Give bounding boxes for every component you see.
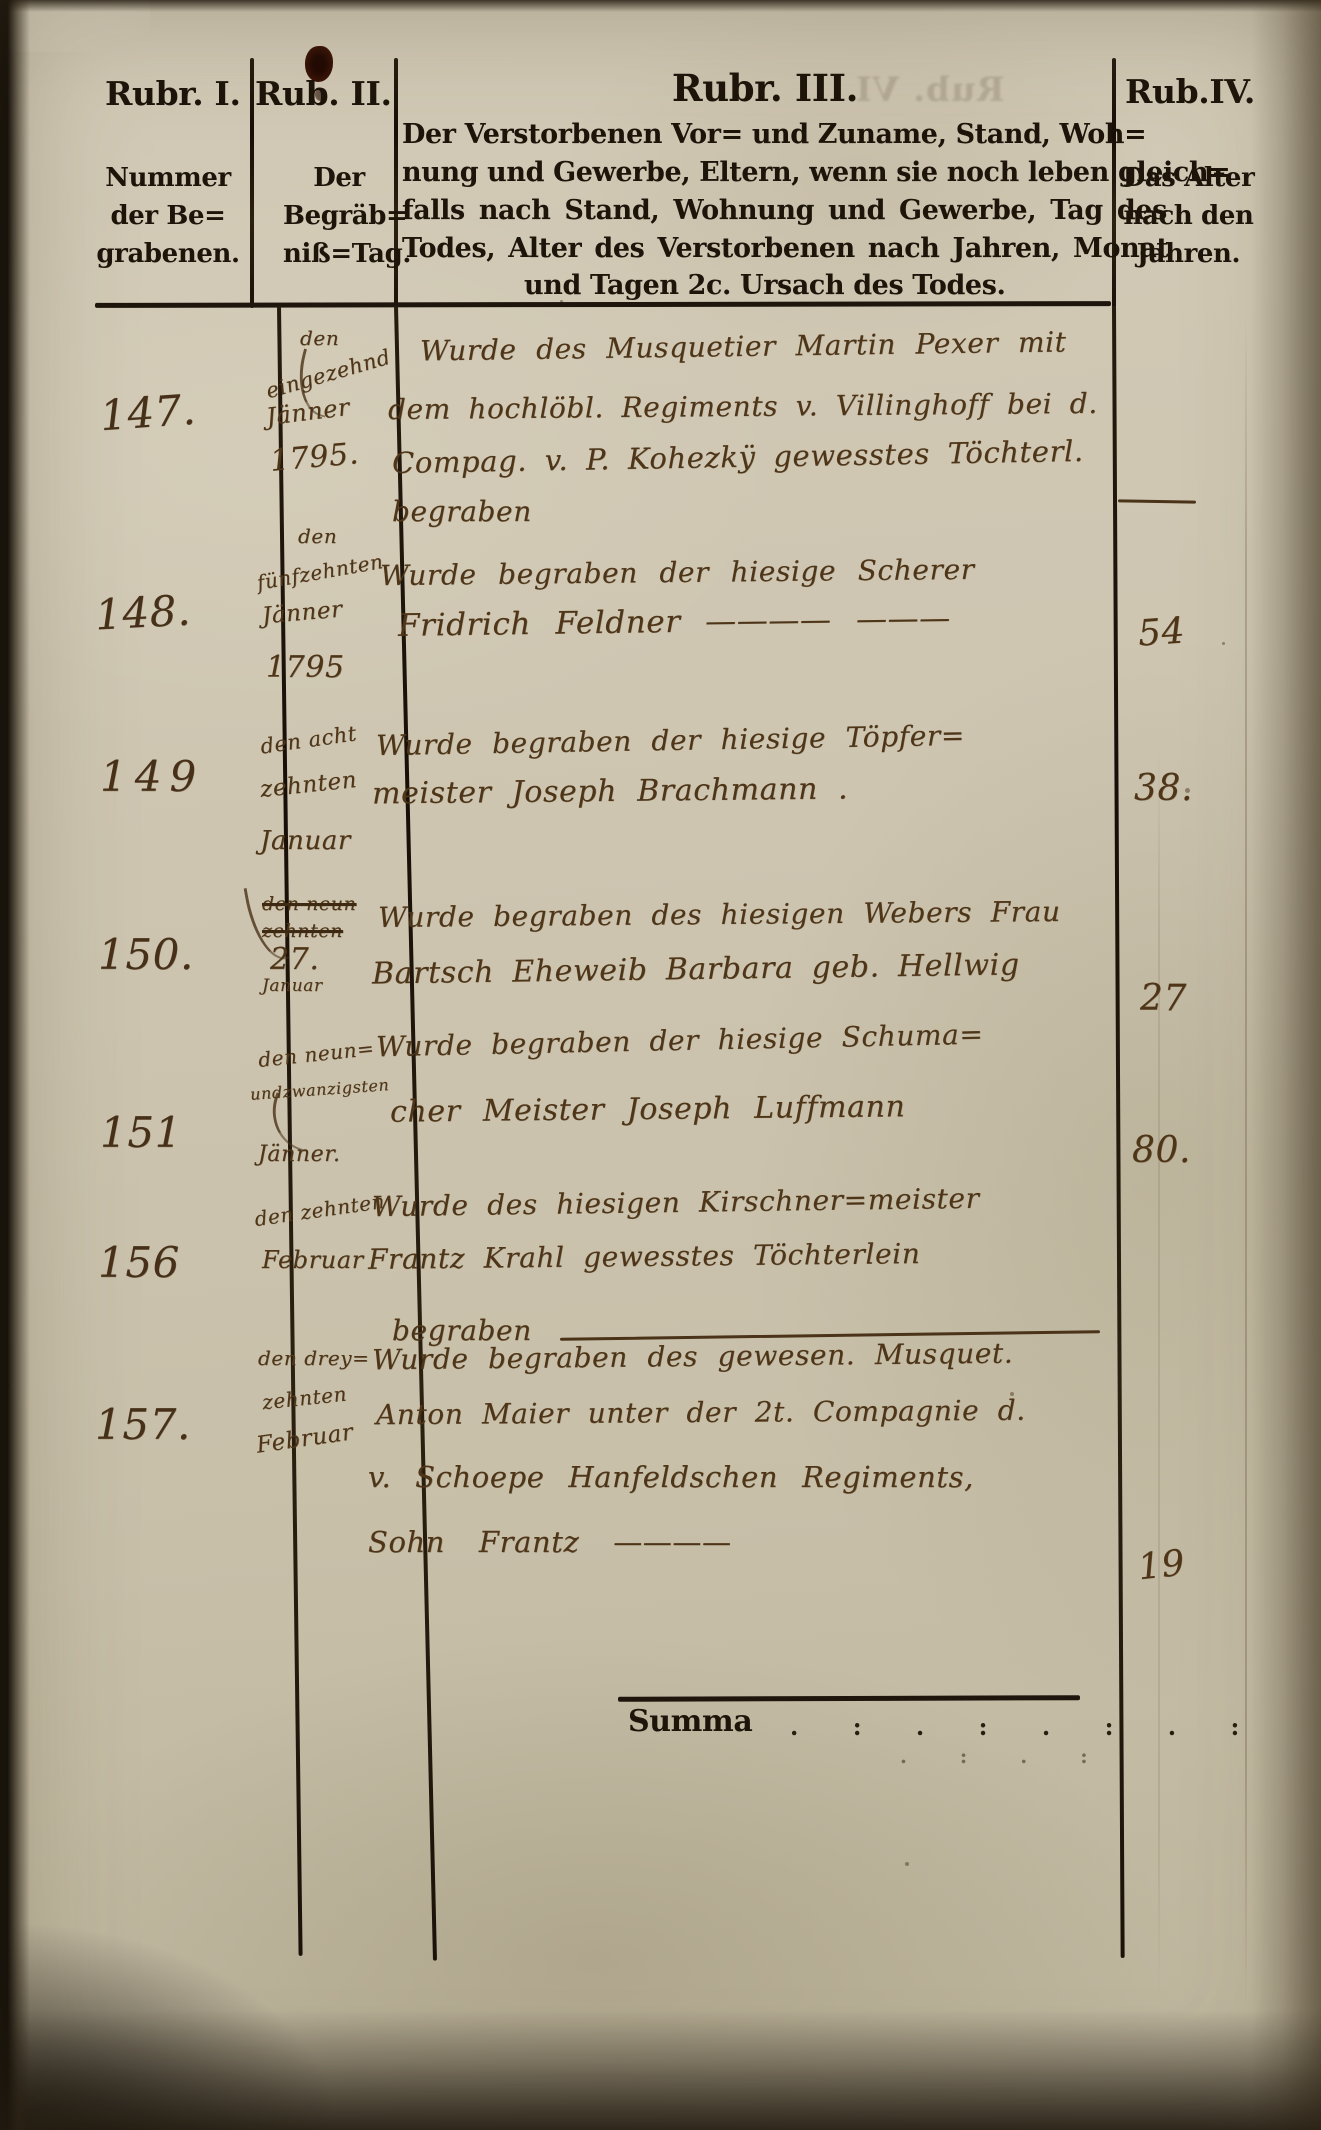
header-underline xyxy=(95,301,1111,308)
entry-age: 27 xyxy=(1140,978,1187,1019)
entry-date-line: Februar xyxy=(262,1246,364,1274)
entry-date-line: fünfzehnten xyxy=(255,549,385,595)
entry-date-line: 1795 xyxy=(266,650,345,685)
col3-desc-line1: Der Verstorbenen Vor= und Zuname, Stand,… xyxy=(402,119,1146,150)
entry-number: 157. xyxy=(95,1400,191,1449)
entry-number: 148. xyxy=(94,586,192,640)
entry-date-line: den neun= xyxy=(257,1036,375,1072)
entry-text-line: begraben xyxy=(392,495,532,528)
rubric-2: Rub. II. xyxy=(255,74,385,113)
entry-date-line: den acht xyxy=(259,721,359,758)
entry-date-line: Februar xyxy=(255,1419,355,1458)
header-divider-1 xyxy=(250,58,254,308)
paper-crease xyxy=(1245,320,1247,2010)
col4-label-line3: Jahren. xyxy=(1116,239,1261,269)
page-top-shadow xyxy=(0,0,1321,12)
col1-label-line2: der Be= xyxy=(88,201,248,231)
entry-text-line: Wurde begraben des gewesen. Musquet. xyxy=(372,1337,1014,1377)
entry-text-line: Wurde des Musquetier Martin Pexer mit xyxy=(420,325,1067,367)
entry-age: 80. xyxy=(1132,1130,1191,1171)
col1-label-line3: grabenen. xyxy=(88,239,248,269)
entry-text-line: Compag. v. P. Kohezkÿ gewesstes Töchterl… xyxy=(392,434,1084,480)
entry-text-line: cher Meister Joseph Luffmann xyxy=(390,1089,906,1129)
col2-label-line2: Begräb= xyxy=(283,201,395,231)
rubric-4: Rub.IV. xyxy=(1120,72,1260,111)
paper-crease xyxy=(1158,740,1160,2000)
book-gutter-shadow xyxy=(0,0,30,2130)
col3-desc-line2: nung und Gewerbe, Eltern, wenn sie noch … xyxy=(402,157,1230,188)
rubric-1: Rubr. I. xyxy=(105,74,240,113)
entry-text-line: meister Joseph Brachmann . xyxy=(372,772,849,812)
col1-label-line1: Nummer xyxy=(88,163,248,193)
entry-text-line: dem hochlöbl. Regiments v. Villinghoff b… xyxy=(388,387,1098,426)
column-rule-3 xyxy=(1112,306,1125,1958)
col2-label-line3: niß=Tag. xyxy=(283,239,395,269)
rubric-3: Rubr. III. xyxy=(650,66,880,110)
entry-number: 156 xyxy=(98,1238,180,1287)
entry-number: 147. xyxy=(98,385,197,441)
summa-label: Summa xyxy=(628,1704,752,1739)
age-dash xyxy=(1118,499,1196,503)
entry-date-line: Januar xyxy=(260,826,351,856)
entry-date-line: den zehnten xyxy=(253,1189,386,1231)
summa-rule xyxy=(618,1695,1080,1702)
entry-date-line: Januar xyxy=(262,976,323,996)
entry-text-line: Fridrich Feldner ———— ——— xyxy=(398,600,951,644)
entry-date-line: den drey= xyxy=(258,1346,370,1370)
summa-marks: . : . : . : . : xyxy=(790,1712,1251,1741)
entry-age: 54 xyxy=(1137,610,1187,654)
register-page: Rub. VI Rubr. I. Rub. II. Rubr. III. Rub… xyxy=(0,0,1321,2130)
summa-marks-faint: . : . : xyxy=(900,1744,1100,1768)
entry-text-line: Wurde begraben des hiesigen Webers Frau xyxy=(378,895,1061,934)
col3-desc-line4: Todes, Alter des Verstorbenen nach Jahre… xyxy=(402,233,1169,264)
col2-label-line1: Der xyxy=(283,163,395,193)
page-right-shadow xyxy=(1251,0,1321,2130)
entry-date-line: Jänner xyxy=(261,597,344,630)
entry-text-line: v. Schoepe Hanfeldschen Regiments, xyxy=(368,1460,974,1494)
entry-date-line: zehnten xyxy=(259,767,358,803)
entry-date-line: den xyxy=(298,524,337,548)
entry-text-line: Wurde begraben der hiesige Töpfer= xyxy=(376,719,965,762)
entry-text-line: Wurde begraben der hiesige Scherer xyxy=(380,553,975,592)
entry-date-line: den xyxy=(300,326,339,350)
entry-text-line: Wurde des hiesigen Kirschner=meister xyxy=(372,1182,980,1223)
entry-text-line: Anton Maier unter der 2t. Compagnie d. xyxy=(376,1394,1026,1432)
entry-age: 38. xyxy=(1134,768,1193,809)
col3-desc-line5: und Tagen 2c. Ursach des Todes. xyxy=(524,270,1006,301)
entry-date-line: zehnten xyxy=(261,1382,348,1415)
col4-label-line2: nach den xyxy=(1116,201,1261,231)
entry-number: 150. xyxy=(98,930,194,979)
entry-date-line: undzwanzigsten xyxy=(250,1075,390,1104)
entry-text-line: Frantz Krahl gewesstes Töchterlein xyxy=(368,1237,921,1276)
entry-text-line: Sohn Frantz ———— xyxy=(368,1525,732,1559)
entry-age: 19 xyxy=(1136,1543,1187,1589)
col4-label-line1: Das Alter xyxy=(1116,163,1261,193)
entry-number: 151 xyxy=(100,1108,182,1157)
entry-text-line: Bartsch Eheweib Barbara geb. Hellwig xyxy=(372,947,1020,991)
entry-text-line: Wurde begraben der hiesige Schuma= xyxy=(376,1018,984,1064)
page-bottom-shadow xyxy=(0,2010,1321,2130)
column-rule-2 xyxy=(394,306,437,1961)
col3-desc-line3: falls nach Stand, Wohnung und Gewerbe, T… xyxy=(402,195,1167,226)
entry-date-line: 1795. xyxy=(269,436,361,479)
entry-number: 149 xyxy=(100,752,204,801)
